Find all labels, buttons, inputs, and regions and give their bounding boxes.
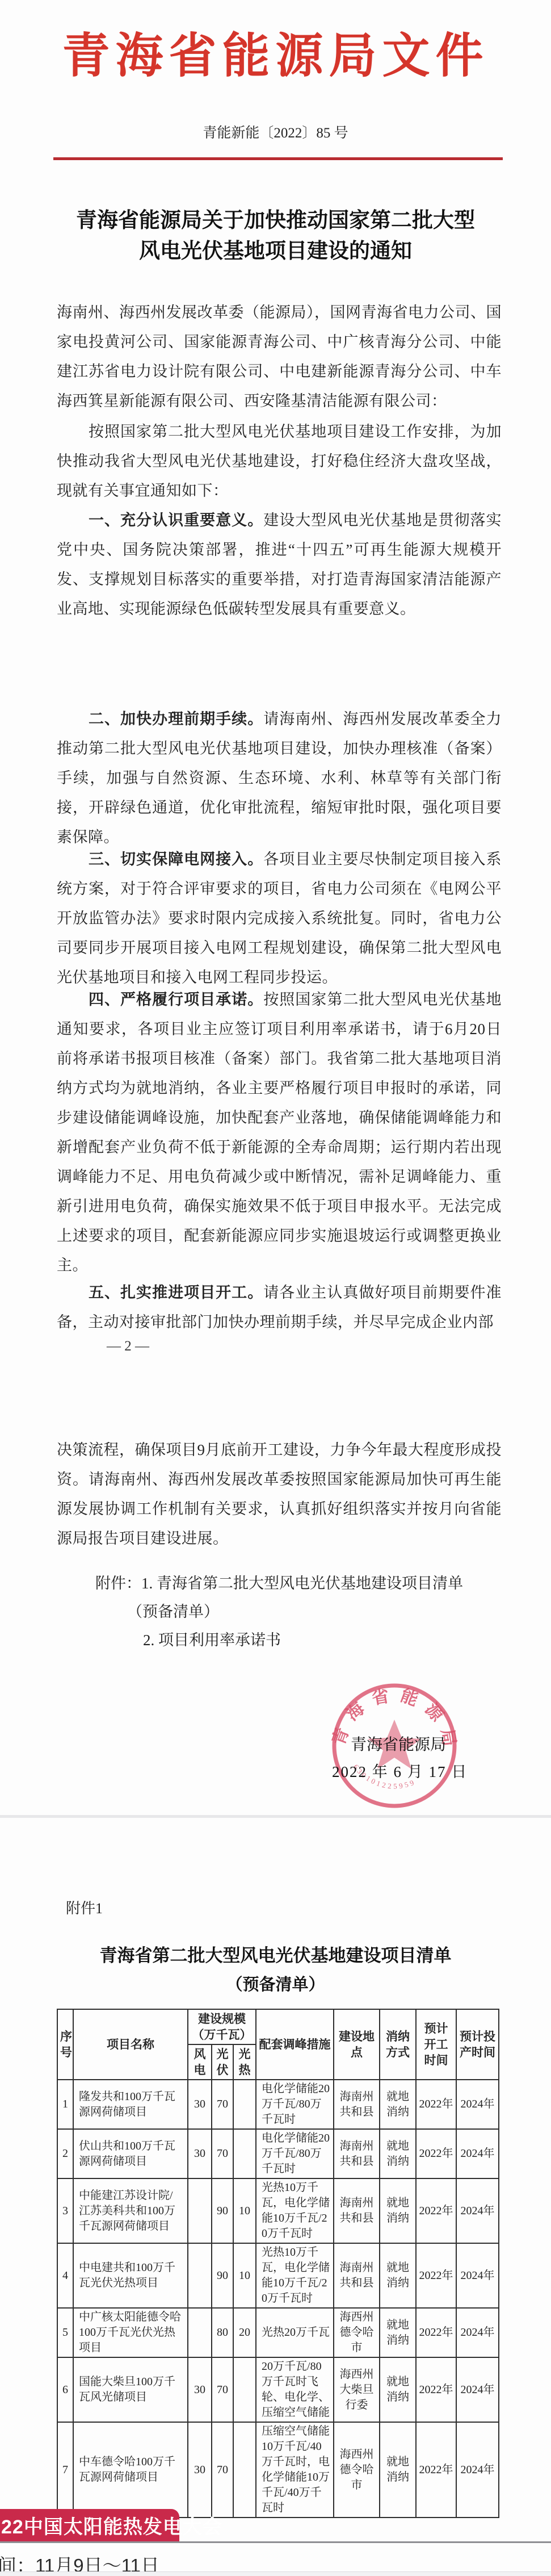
project-table-body: 1隆发共和100万千瓦源网荷储项目3070电化学储能20万千瓦/80万千瓦时海南… xyxy=(57,2080,499,2518)
section-5: 五、扎实推进项目开工。请各业主认真做好项目前期要件准备，主动对接审批部门加快办理… xyxy=(57,1278,502,1337)
pv-capacity: 70 xyxy=(212,2129,233,2178)
wind-capacity: 30 xyxy=(188,2080,212,2129)
col-header-wind: 风电 xyxy=(188,2044,212,2080)
col-header-csp: 光热 xyxy=(233,2044,256,2080)
project-table: 序号 项目名称 建设规模（万千瓦） 配套调峰措施 建设地点 消纳方式 预计开工时… xyxy=(57,2009,499,2518)
start-time: 2022年 xyxy=(416,2178,456,2243)
signature-org: 青海省能源局 xyxy=(351,1732,446,1755)
location: 海南州共和县 xyxy=(334,2178,380,2243)
document-number: 青能新能〔2022〕85 号 xyxy=(0,122,551,142)
csp-capacity: 10 xyxy=(233,2178,256,2243)
section-2-body: 请海南州、海西州发展改革委全力推动第二批大型风电光伏基地项目建设，加快办理核准（… xyxy=(57,710,502,846)
table-row: 2伏山共和100万千瓦源网荷储项目3070电化学储能20万千瓦/80万千瓦时海南… xyxy=(57,2129,499,2178)
section-1-lead: 一、充分认识重要意义。 xyxy=(89,512,263,529)
row-index: 4 xyxy=(57,2243,73,2308)
footer-rule xyxy=(0,2541,551,2543)
peaking-measures: 压缩空气储能10万千瓦/40万千瓦时，电化学储能10万千瓦/40万千瓦时 xyxy=(256,2422,334,2518)
consumption-mode: 就地消纳 xyxy=(380,2080,416,2129)
table-row: 6国能大柴旦100万千瓦风光储项目307020万千瓦/80万千瓦时飞轮、电化学、… xyxy=(57,2357,499,2422)
wind-capacity: 30 xyxy=(188,2357,212,2422)
location: 海西州德令哈市 xyxy=(334,2422,380,2518)
section-4-body: 按照国家第二批大型风电光伏基地通知要求，各项目业主应签订项目利用率承诺书，请于6… xyxy=(57,991,502,1274)
csp-capacity: 20 xyxy=(233,2308,256,2357)
col-header-production: 预计投产时间 xyxy=(456,2009,499,2080)
production-time: 2024年 xyxy=(456,2129,499,2178)
footer-banner[interactable]: 22中国太阳能热发电大会 xyxy=(0,2509,179,2541)
col-header-scale-group: 建设规模（万千瓦） xyxy=(188,2009,256,2044)
row-index: 7 xyxy=(57,2422,73,2518)
page-number: — 2 — xyxy=(107,1339,149,1354)
consumption-mode: 就地消纳 xyxy=(380,2243,416,2308)
consumption-mode: 就地消纳 xyxy=(380,2357,416,2422)
signature-date: 2022 年 6 月 17 日 xyxy=(332,1759,468,1782)
document-scan: 青海省能源局文件 青能新能〔2022〕85 号 青海省能源局关于加快推动国家第二… xyxy=(0,0,551,2576)
wind-capacity xyxy=(188,2243,212,2308)
attachments-line-2: （预备清单） xyxy=(127,1597,219,1626)
peaking-measures: 光热10万千瓦，电化学储能10万千瓦/20万千瓦时 xyxy=(256,2243,334,2308)
csp-capacity xyxy=(233,2422,256,2518)
project-name: 伏山共和100万千瓦源网荷储项目 xyxy=(73,2129,188,2178)
col-header-consumption: 消纳方式 xyxy=(380,2009,416,2080)
consumption-mode: 就地消纳 xyxy=(380,2422,416,2518)
location: 海南州共和县 xyxy=(334,2080,380,2129)
attachments-line-1: 附件：1. 青海省第二批大型风电光伏基地建设项目清单 xyxy=(95,1569,463,1598)
consumption-mode: 就地消纳 xyxy=(380,2129,416,2178)
row-index: 1 xyxy=(57,2080,73,2129)
wind-capacity: 30 xyxy=(188,2422,212,2518)
row-index: 3 xyxy=(57,2178,73,2243)
wind-capacity: 30 xyxy=(188,2129,212,2178)
pv-capacity: 80 xyxy=(212,2308,233,2357)
start-time: 2022年 xyxy=(416,2243,456,2308)
footer-banner-text: 22中国太阳能热发电大会 xyxy=(1,2511,222,2539)
consumption-mode: 就地消纳 xyxy=(380,2178,416,2243)
csp-capacity xyxy=(233,2080,256,2129)
section-3-body: 各项目业主要尽快制定项目接入系统方案，对于符合评审要求的项目，省电力公司须在《电… xyxy=(57,851,502,986)
table-row: 4中电建共和100万千瓦光伏光热项目9010光热10万千瓦，电化学储能10万千瓦… xyxy=(57,2243,499,2308)
page-divider xyxy=(0,1815,551,1818)
location: 海西州德令哈市 xyxy=(334,2308,380,2357)
section-2-lead: 二、加快办理前期手续。 xyxy=(89,710,263,727)
footer-strip xyxy=(0,2571,551,2576)
section-5-continuation: 决策流程，确保项目9月底前开工建设，力争今年最大程度形成投资。请海南州、海西州发… xyxy=(57,1435,502,1553)
attachment-table-subtitle: （预备清单） xyxy=(0,1972,551,1995)
peaking-measures: 光热20万千瓦 xyxy=(256,2308,334,2357)
location: 海南州共和县 xyxy=(334,2129,380,2178)
row-index: 2 xyxy=(57,2129,73,2178)
pv-capacity: 70 xyxy=(212,2357,233,2422)
start-time: 2022年 xyxy=(416,2080,456,2129)
notice-title: 青海省能源局关于加快推动国家第二批大型 风电光伏基地项目建设的通知 xyxy=(0,206,551,267)
location: 海南州共和县 xyxy=(334,2243,380,2308)
production-time: 2024年 xyxy=(456,2422,499,2518)
section-1: 一、充分认识重要意义。建设大型风电光伏基地是贯彻落实党中央、国务院决策部署，推进… xyxy=(57,505,502,624)
production-time: 2024年 xyxy=(456,2357,499,2422)
production-time: 2024年 xyxy=(456,2308,499,2357)
letterhead-title: 青海省能源局文件 xyxy=(0,23,551,91)
attachments-line-3: 2. 项目利用率承诺书 xyxy=(143,1625,281,1655)
project-name: 中广核太阳能德令哈100万千瓦光伏光热项目 xyxy=(73,2308,188,2357)
notice-title-line1: 青海省能源局关于加快推动国家第二批大型 xyxy=(0,206,551,236)
pv-capacity: 90 xyxy=(212,2178,233,2243)
col-header-start: 预计开工时间 xyxy=(416,2009,456,2080)
consumption-mode: 就地消纳 xyxy=(380,2308,416,2357)
table-row: 1隆发共和100万千瓦源网荷储项目3070电化学储能20万千瓦/80万千瓦时海南… xyxy=(57,2080,499,2129)
table-row: 7中车德令哈100万千瓦源网荷储项目3070压缩空气储能10万千瓦/40万千瓦时… xyxy=(57,2422,499,2518)
start-time: 2022年 xyxy=(416,2357,456,2422)
section-2: 二、加快办理前期手续。请海南州、海西州发展改革委全力推动第二批大型风电光伏基地项… xyxy=(57,704,502,852)
col-header-index: 序号 xyxy=(57,2009,73,2080)
col-header-pv: 光伏 xyxy=(212,2044,233,2080)
peaking-measures: 电化学储能20万千瓦/80万千瓦时 xyxy=(256,2129,334,2178)
wind-capacity xyxy=(188,2308,212,2357)
peaking-measures: 电化学储能20万千瓦/80万千瓦时 xyxy=(256,2080,334,2129)
project-name: 中电建共和100万千瓦光伏光热项目 xyxy=(73,2243,188,2308)
section-4: 四、严格履行项目承诺。按照国家第二批大型风电光伏基地通知要求，各项目业主应签订项… xyxy=(57,985,502,1280)
letterhead-rule xyxy=(53,157,503,160)
project-name: 中能建江苏设计院/江苏美科共和100万千瓦源网荷储项目 xyxy=(73,2178,188,2243)
row-index: 6 xyxy=(57,2357,73,2422)
table-row: 3中能建江苏设计院/江苏美科共和100万千瓦源网荷储项目9010光热10万千瓦，… xyxy=(57,2178,499,2243)
pv-capacity: 90 xyxy=(212,2243,233,2308)
start-time: 2022年 xyxy=(416,2129,456,2178)
notice-title-line2: 风电光伏基地项目建设的通知 xyxy=(0,236,551,267)
production-time: 2024年 xyxy=(456,2080,499,2129)
row-index: 5 xyxy=(57,2308,73,2357)
peaking-measures: 20万千瓦/80万千瓦时飞轮、电化学、压缩空气储能 xyxy=(256,2357,334,2422)
csp-capacity xyxy=(233,2129,256,2178)
addressee-paragraph: 海南州、海西州发展改革委（能源局），国网青海省电力公司、国家电投黄河公司、国家能… xyxy=(57,298,502,416)
csp-capacity: 10 xyxy=(233,2243,256,2308)
section-4-lead: 四、严格履行项目承诺。 xyxy=(89,991,263,1008)
start-time: 2022年 xyxy=(416,2422,456,2518)
project-name: 中车德令哈100万千瓦源网荷储项目 xyxy=(73,2422,188,2518)
attachment-table-title: 青海省第二批大型风电光伏基地建设项目清单 xyxy=(0,1941,551,1967)
pv-capacity: 70 xyxy=(212,2080,233,2129)
project-name: 国能大柴旦100万千瓦风光储项目 xyxy=(73,2357,188,2422)
col-header-location: 建设地点 xyxy=(334,2009,380,2080)
peaking-measures: 光热10万千瓦，电化学储能10万千瓦/20万千瓦时 xyxy=(256,2178,334,2243)
wind-capacity xyxy=(188,2178,212,2243)
intro-paragraph: 按照国家第二批大型风电光伏基地项目建设工作安排，为加快推动我省大型风电光伏基地建… xyxy=(57,417,502,505)
location: 海西州大柴旦行委 xyxy=(334,2357,380,2422)
section-3: 三、切实保障电网接入。各项目业主要尽快制定项目接入系统方案，对于符合评审要求的项… xyxy=(57,844,502,992)
production-time: 2024年 xyxy=(456,2178,499,2243)
pv-capacity: 70 xyxy=(212,2422,233,2518)
start-time: 2022年 xyxy=(416,2308,456,2357)
project-name: 隆发共和100万千瓦源网荷储项目 xyxy=(73,2080,188,2129)
col-header-name: 项目名称 xyxy=(73,2009,188,2080)
attachment-1-label: 附件1 xyxy=(66,1897,103,1918)
table-row: 5中广核太阳能德令哈100万千瓦光伏光热项目8020光热20万千瓦海西州德令哈市… xyxy=(57,2308,499,2357)
section-3-lead: 三、切实保障电网接入。 xyxy=(89,851,263,868)
section-5-lead: 五、扎实推进项目开工。 xyxy=(89,1284,263,1301)
production-time: 2024年 xyxy=(456,2243,499,2308)
table-header: 序号 项目名称 建设规模（万千瓦） 配套调峰措施 建设地点 消纳方式 预计开工时… xyxy=(57,2009,499,2080)
csp-capacity xyxy=(233,2357,256,2422)
col-header-peaking: 配套调峰措施 xyxy=(256,2009,334,2080)
